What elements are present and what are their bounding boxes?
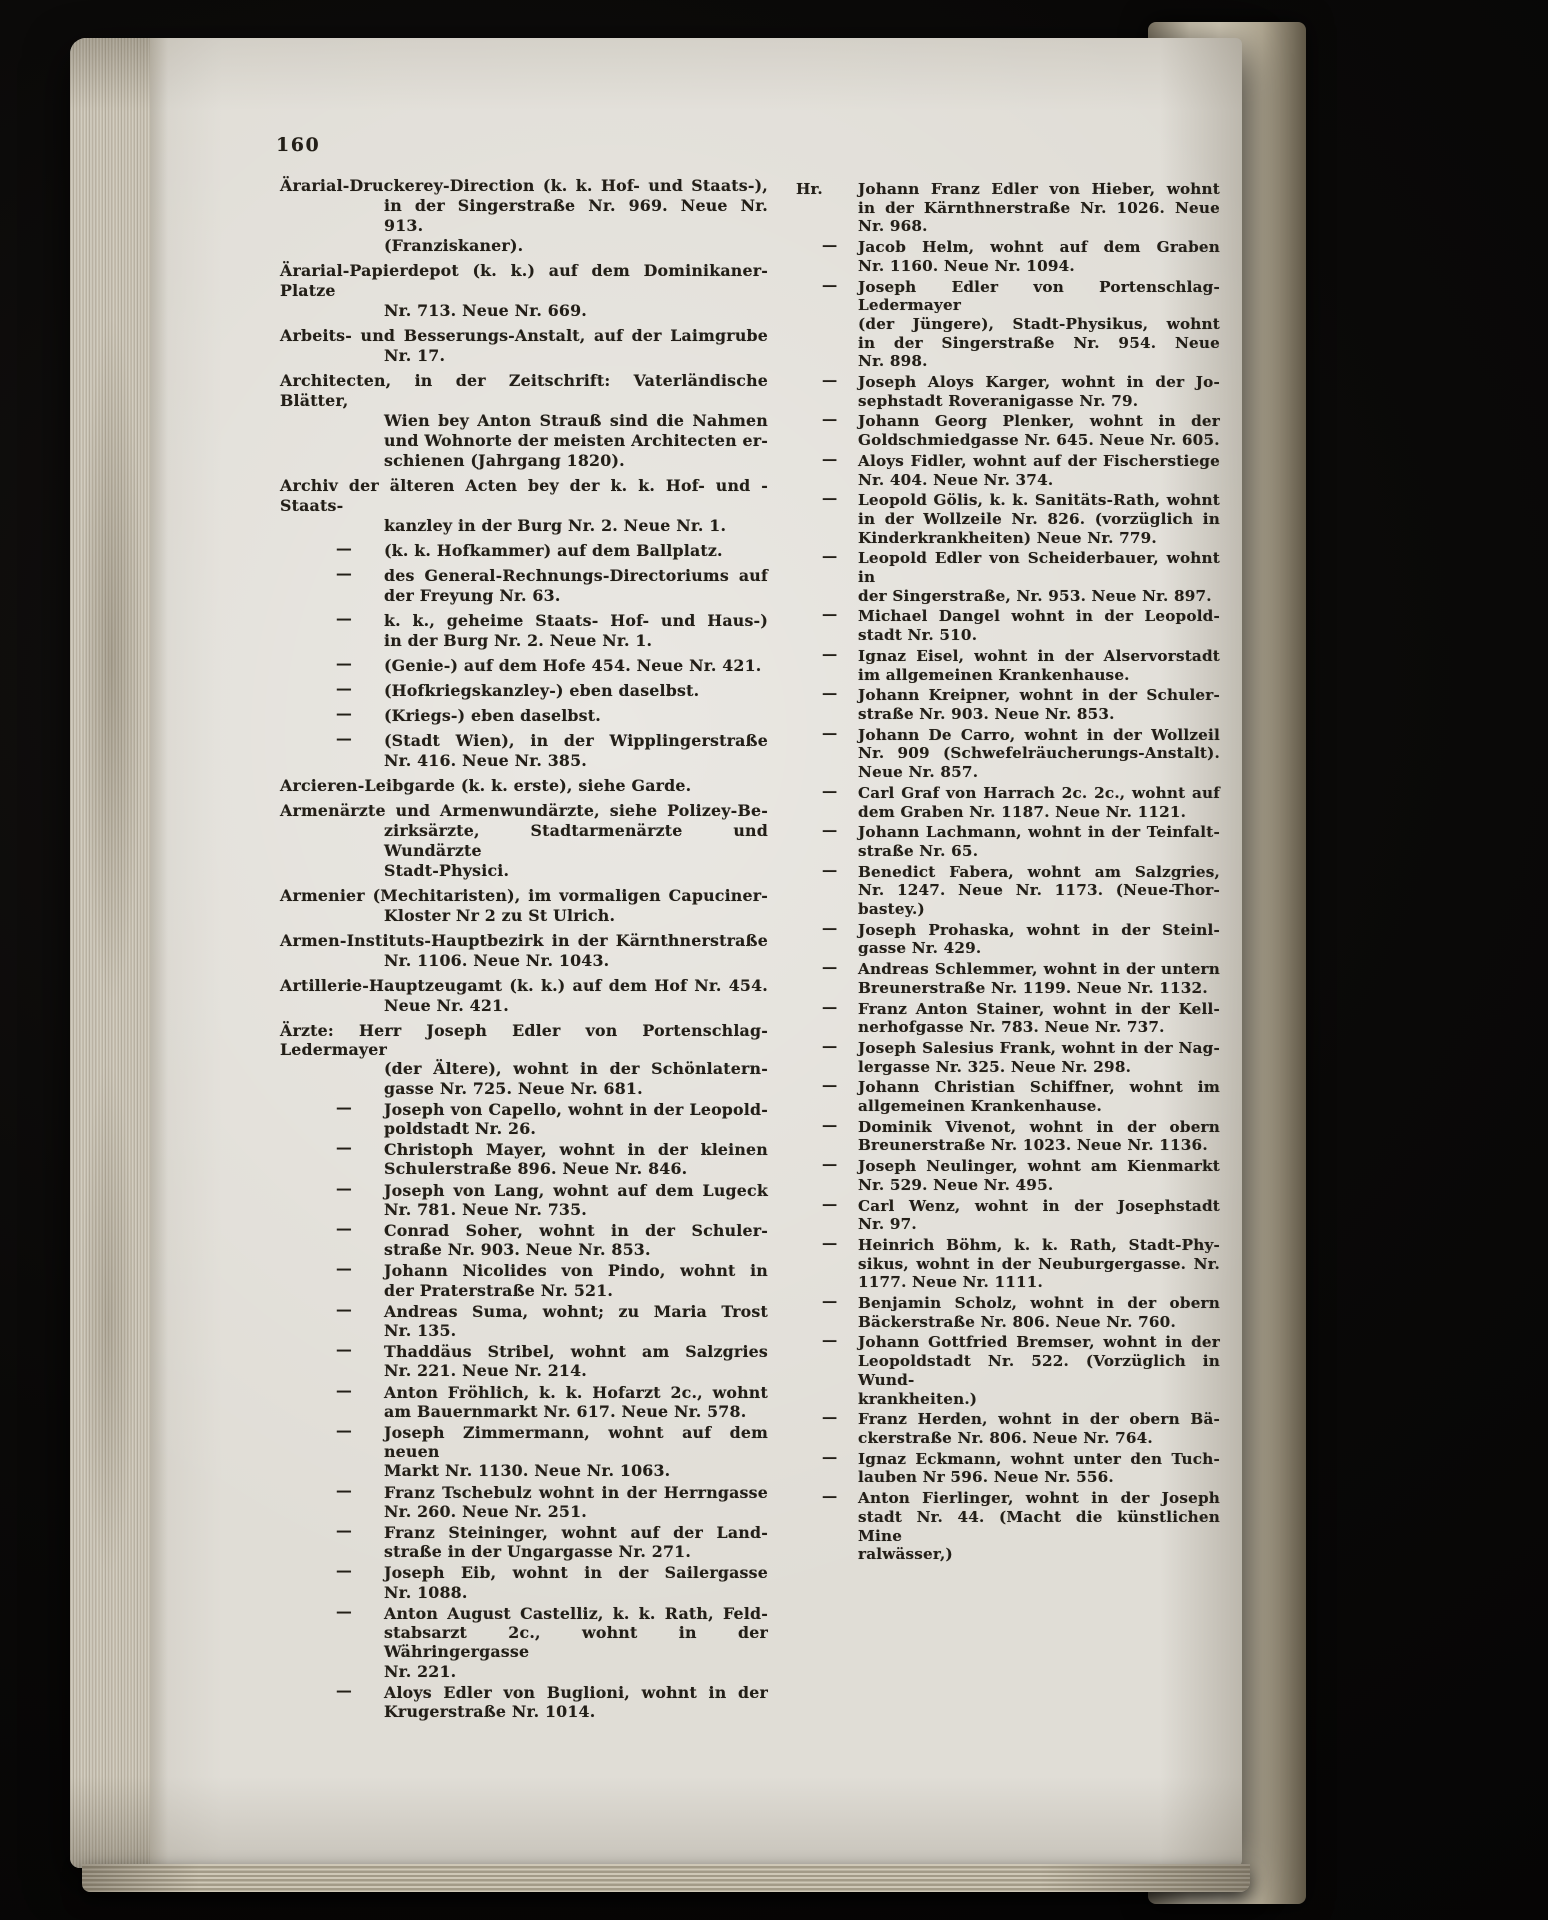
- entry-line: Wien bey Anton Strauß sind die Nahmen: [384, 411, 768, 431]
- directory-entry: —Andreas Schlemmer, wohnt in der unternB…: [796, 960, 1220, 997]
- ditto-dash-icon: —: [822, 605, 837, 623]
- entry-line: Aloys Edler von Buglioni, wohnt in der: [384, 1683, 768, 1702]
- ditto-dash-icon: —: [822, 410, 837, 428]
- ditto-dash-icon: —: [822, 489, 837, 507]
- ditto-dash-icon: —: [336, 1300, 352, 1319]
- entry-line: Neue Nr. 857.: [858, 763, 1220, 782]
- entry-line: Carl Wenz, wohnt in der Josephstadt: [858, 1197, 1220, 1216]
- directory-column-right: Hr.Johann Franz Edler von Hieber, wohnti…: [796, 180, 1220, 1566]
- entry-line: der Singerstraße, Nr. 953. Neue Nr. 897.: [858, 587, 1220, 606]
- entry-line: Schulerstraße 896. Neue Nr. 846.: [384, 1159, 768, 1178]
- ditto-dash-icon: —: [822, 821, 837, 839]
- directory-entry: —Joseph Aloys Karger, wohnt in der Jo-se…: [796, 373, 1220, 410]
- entry-line: Benedict Fabera, wohnt am Salzgries,: [858, 863, 1220, 882]
- ditto-dash-icon: —: [336, 1138, 352, 1157]
- entry-line: Benjamin Scholz, wohnt in der obern: [858, 1294, 1220, 1313]
- directory-entry: —Joseph Eib, wohnt in der SailergasseNr.…: [280, 1563, 768, 1601]
- entry-line: Thaddäus Stribel, wohnt am Salzgries: [384, 1342, 768, 1361]
- directory-entry: —Anton Fröhlich, k. k. Hofarzt 2c., wohn…: [280, 1383, 768, 1421]
- entry-line: Kloster Nr 2 zu St Ulrich.: [384, 906, 768, 926]
- directory-entry: —Franz Anton Stainer, wohnt in der Kell-…: [796, 1000, 1220, 1037]
- directory-entry: Ärzte: Herr Joseph Edler von Portenschla…: [280, 1021, 768, 1098]
- entry-line: Archiv der älteren Acten bey der k. k. H…: [280, 476, 768, 516]
- entry-line: Nr. 529. Neue Nr. 495.: [858, 1176, 1220, 1195]
- entry-line: Leopold Gölis, k. k. Sanitäts-Rath, wohn…: [858, 491, 1220, 510]
- entry-line: (der Jüngere), Stadt-Physikus, wohnt: [858, 315, 1220, 334]
- entry-line: des General-Rechnungs-Directoriums auf: [384, 566, 768, 586]
- entry-line: Nr. 135.: [384, 1321, 768, 1340]
- directory-entry: —Leopold Edler von Scheiderbauer, wohnt …: [796, 549, 1220, 605]
- ditto-dash-icon: —: [336, 609, 352, 628]
- book-fore-edge: [70, 38, 150, 1868]
- ditto-dash-icon: —: [336, 1381, 352, 1400]
- ditto-dash-icon: —: [336, 679, 352, 698]
- ditto-dash-icon: —: [336, 704, 352, 723]
- directory-entry: —Joseph von Lang, wohnt auf dem LugeckNr…: [280, 1181, 768, 1219]
- entry-line: (Stadt Wien), in der Wipplingerstraße: [384, 731, 768, 751]
- directory-entry: Armenärzte und Armenwundärzte, siehe Pol…: [280, 801, 768, 881]
- directory-entry: —Joseph Salesius Frank, wohnt in der Nag…: [796, 1039, 1220, 1076]
- directory-entry: —Carl Graf von Harrach 2c. 2c., wohnt au…: [796, 784, 1220, 821]
- entry-line: Leopold Edler von Scheiderbauer, wohnt i…: [858, 549, 1220, 586]
- entry-line: Leopoldstadt Nr. 522. (Vorzüglich in Wun…: [858, 1352, 1220, 1389]
- directory-entry: —Aloys Fidler, wohnt auf der Fischerstie…: [796, 452, 1220, 489]
- entry-line: Anton Fierlinger, wohnt in der Joseph: [858, 1489, 1220, 1508]
- entry-line: in der Singerstraße Nr. 954. Neue: [858, 334, 1220, 353]
- entry-line: Johann Georg Plenker, wohnt in der: [858, 412, 1220, 431]
- entry-line: Ärarial-Druckerey-Direction (k. k. Hof- …: [280, 176, 768, 196]
- entry-line: Neue Nr. 421.: [384, 996, 768, 1016]
- entry-line: in der Burg Nr. 2. Neue Nr. 1.: [384, 631, 768, 651]
- entry-line: straße Nr. 903. Neue Nr. 853.: [384, 1240, 768, 1259]
- directory-entry: —Johann Georg Plenker, wohnt in derGolds…: [796, 412, 1220, 449]
- entry-line: (der Ältere), wohnt in der Schönlatern-: [384, 1059, 768, 1078]
- entry-line: Arbeits- und Besserungs-Anstalt, auf der…: [280, 326, 768, 346]
- entry-line: Breunerstraße Nr. 1023. Neue Nr. 1136.: [858, 1136, 1220, 1155]
- directory-entry: —des General-Rechnungs-Directoriums aufd…: [280, 566, 768, 606]
- directory-entry: —Jacob Helm, wohnt auf dem GrabenNr. 116…: [796, 238, 1220, 275]
- directory-entry: Archiv der älteren Acten bey der k. k. H…: [280, 476, 768, 536]
- entry-line: gasse Nr. 725. Neue Nr. 681.: [384, 1079, 768, 1098]
- directory-entry: Ärarial-Papierdepot (k. k.) auf dem Domi…: [280, 261, 768, 321]
- entry-line: Nr. 221.: [384, 1662, 768, 1681]
- ditto-dash-icon: —: [822, 998, 837, 1016]
- ditto-dash-icon: —: [822, 1331, 837, 1349]
- ditto-dash-icon: —: [336, 1561, 352, 1580]
- entry-line: Armenier (Mechitaristen), im vormaligen …: [280, 886, 768, 906]
- ditto-dash-icon: —: [822, 1292, 837, 1310]
- entry-line: Johann Gottfried Bremser, wohnt in der: [858, 1333, 1220, 1352]
- entry-line: in der Singerstraße Nr. 969. Neue Nr. 91…: [384, 196, 768, 236]
- directory-entry: —Thaddäus Stribel, wohnt am SalzgriesNr.…: [280, 1342, 768, 1380]
- entry-line: Christoph Mayer, wohnt in der kleinen: [384, 1140, 768, 1159]
- entry-line: schienen (Jahrgang 1820).: [384, 451, 768, 471]
- entry-line: Architecten, in der Zeitschrift: Vaterlä…: [280, 371, 768, 411]
- entry-line: Nr. 404. Neue Nr. 374.: [858, 471, 1220, 490]
- entry-line: Aloys Fidler, wohnt auf der Fischerstieg…: [858, 452, 1220, 471]
- directory-entry: —Christoph Mayer, wohnt in der kleinenSc…: [280, 1140, 768, 1178]
- entry-line: Heinrich Böhm, k. k. Rath, Stadt-Phy-: [858, 1236, 1220, 1255]
- ditto-dash-icon: —: [336, 1340, 352, 1359]
- directory-section-aerzte-continued: Hr.Johann Franz Edler von Hieber, wohnti…: [796, 180, 1220, 1564]
- entry-line: Nr. 221. Neue Nr. 214.: [384, 1361, 768, 1380]
- entry-line: Stadt-Physici.: [384, 861, 768, 881]
- ditto-dash-icon: —: [336, 1681, 352, 1700]
- ditto-dash-icon: —: [822, 236, 837, 254]
- entry-line: Arcieren-Leibgarde (k. k. erste), siehe …: [280, 776, 768, 796]
- directory-entry: —Michael Dangel wohnt in der Leopold-sta…: [796, 607, 1220, 644]
- entry-line: Nr. 781. Neue Nr. 735.: [384, 1200, 768, 1219]
- directory-entry: —Ignaz Eckmann, wohnt unter den Tuch-lau…: [796, 1450, 1220, 1487]
- entry-line: kanzley in der Burg Nr. 2. Neue Nr. 1.: [384, 516, 768, 536]
- ditto-dash-icon: —: [822, 684, 837, 702]
- directory-column-left: Ärarial-Druckerey-Direction (k. k. Hof- …: [280, 176, 768, 1723]
- entry-line: gasse Nr. 429.: [858, 939, 1220, 958]
- directory-entry: —Johann Kreipner, wohnt in der Schuler-s…: [796, 686, 1220, 723]
- ditto-dash-icon: —: [822, 371, 837, 389]
- ditto-dash-icon: —: [822, 782, 837, 800]
- page-number: 160: [276, 134, 320, 156]
- entry-line: Krugerstraße Nr. 1014.: [384, 1702, 768, 1721]
- directory-section-a-entries: Ärarial-Druckerey-Direction (k. k. Hof- …: [280, 176, 768, 1016]
- honorific-abbrev: Hr.: [796, 180, 823, 198]
- ditto-dash-icon: —: [336, 1521, 352, 1540]
- entry-line: Markt Nr. 1130. Neue Nr. 1063.: [384, 1461, 768, 1480]
- entry-line: Andreas Schlemmer, wohnt in der untern: [858, 960, 1220, 979]
- entry-line: bastey.): [858, 900, 1220, 919]
- entry-line: Kinderkrankheiten) Neue Nr. 779.: [858, 529, 1220, 548]
- entry-line: Andreas Suma, wohnt; zu Maria Trost: [384, 1302, 768, 1321]
- directory-entry: —Heinrich Böhm, k. k. Rath, Stadt-Phy-si…: [796, 1236, 1220, 1292]
- directory-entry: —Andreas Suma, wohnt; zu Maria TrostNr. …: [280, 1302, 768, 1340]
- entry-line: Breunerstraße Nr. 1199. Neue Nr. 1132.: [858, 979, 1220, 998]
- ditto-dash-icon: —: [822, 450, 837, 468]
- entry-line: Armenärzte und Armenwundärzte, siehe Pol…: [280, 801, 768, 821]
- directory-entry: —(Hofkriegskanzley-) eben daselbst.: [280, 681, 768, 701]
- ditto-dash-icon: —: [822, 276, 837, 294]
- entry-line: sephstadt Roveranigasse Nr. 79.: [858, 392, 1220, 411]
- entry-line: Nr. 1106. Neue Nr. 1043.: [384, 951, 768, 971]
- ditto-dash-icon: —: [822, 861, 837, 879]
- directory-entry: Artillerie-Hauptzeugamt (k. k.) auf dem …: [280, 976, 768, 1016]
- entry-line: (Genie-) auf dem Hofe 454. Neue Nr. 421.: [384, 656, 768, 676]
- entry-line: Jacob Helm, wohnt auf dem Graben: [858, 238, 1220, 257]
- directory-entry: —Johann Nicolides von Pindo, wohnt inder…: [280, 1261, 768, 1299]
- entry-line: krankheiten.): [858, 1390, 1220, 1409]
- directory-entry: —Joseph Neulinger, wohnt am KienmarktNr.…: [796, 1157, 1220, 1194]
- entry-line: Nr. 1160. Neue Nr. 1094.: [858, 257, 1220, 276]
- entry-line: am Bauernmarkt Nr. 617. Neue Nr. 578.: [384, 1402, 768, 1421]
- entry-line: Ärarial-Papierdepot (k. k.) auf dem Domi…: [280, 261, 768, 301]
- entry-line: Franz Tschebulz wohnt in der Herrngasse: [384, 1483, 768, 1502]
- entry-line: Armen-Instituts-Hauptbezirk in der Kärnt…: [280, 931, 768, 951]
- entry-line: Nr. 97.: [858, 1215, 1220, 1234]
- entry-line: nerhofgasse Nr. 783. Neue Nr. 737.: [858, 1018, 1220, 1037]
- directory-entry: Architecten, in der Zeitschrift: Vaterlä…: [280, 371, 768, 471]
- entry-line: Nr. 968.: [858, 217, 1220, 236]
- directory-entry: —(k. k. Hofkammer) auf dem Ballplatz.: [280, 541, 768, 561]
- directory-entry: —Joseph Zimmermann, wohnt auf dem neuenM…: [280, 1423, 768, 1481]
- entry-line: Franz Anton Stainer, wohnt in der Kell-: [858, 1000, 1220, 1019]
- ditto-dash-icon: —: [822, 1408, 837, 1426]
- entry-line: (k. k. Hofkammer) auf dem Ballplatz.: [384, 541, 768, 561]
- entry-line: Joseph von Capello, wohnt in der Leopold…: [384, 1100, 768, 1119]
- ditto-dash-icon: —: [336, 654, 352, 673]
- directory-entry: Arbeits- und Besserungs-Anstalt, auf der…: [280, 326, 768, 366]
- entry-line: Johann De Carro, wohnt in der Wollzeil: [858, 726, 1220, 745]
- directory-entry: —(Stadt Wien), in der WipplingerstraßeNr…: [280, 731, 768, 771]
- ditto-dash-icon: —: [336, 1481, 352, 1500]
- directory-entry: —k. k., geheime Staats- Hof- und Haus-)i…: [280, 611, 768, 651]
- entry-line: Joseph Prohaska, wohnt in der Steinl-: [858, 921, 1220, 940]
- directory-entry: —Aloys Edler von Buglioni, wohnt in derK…: [280, 1683, 768, 1721]
- scanned-book-photo: 160 Ärarial-Druckerey-Direction (k. k. H…: [0, 0, 1548, 1920]
- directory-entry: —Conrad Soher, wohnt in der Schuler-stra…: [280, 1221, 768, 1259]
- ditto-dash-icon: —: [336, 564, 352, 583]
- entry-line: sikus, wohnt in der Neuburgergasse. Nr.: [858, 1255, 1220, 1274]
- directory-entry: —Franz Steininger, wohnt auf der Land-st…: [280, 1523, 768, 1561]
- entry-line: Franz Steininger, wohnt auf der Land-: [384, 1523, 768, 1542]
- entry-line: stadt Nr. 510.: [858, 626, 1220, 645]
- ditto-dash-icon: —: [336, 1219, 352, 1238]
- entry-line: Franz Herden, wohnt in der obern Bä-: [858, 1410, 1220, 1429]
- directory-entry: —Carl Wenz, wohnt in der JosephstadtNr. …: [796, 1197, 1220, 1234]
- ditto-dash-icon: —: [822, 1195, 837, 1213]
- ditto-dash-icon: —: [822, 1234, 837, 1252]
- entry-line: Anton August Castelliz, k. k. Rath, Feld…: [384, 1604, 768, 1623]
- entry-line: Michael Dangel wohnt in der Leopold-: [858, 607, 1220, 626]
- ditto-dash-icon: —: [336, 1259, 352, 1278]
- ditto-dash-icon: —: [822, 1037, 837, 1055]
- entry-line: Joseph Eib, wohnt in der Sailergasse: [384, 1563, 768, 1582]
- entry-line: k. k., geheime Staats- Hof- und Haus-): [384, 611, 768, 631]
- directory-entry: —Johann Christian Schiffner, wohnt imall…: [796, 1078, 1220, 1115]
- entry-line: in der Kärnthnerstraße Nr. 1026. Neue: [858, 199, 1220, 218]
- entry-line: Conrad Soher, wohnt in der Schuler-: [384, 1221, 768, 1240]
- entry-line: Nr. 898.: [858, 352, 1220, 371]
- directory-entry: —Johann Gottfried Bremser, wohnt in derL…: [796, 1333, 1220, 1408]
- entry-line: Johann Kreipner, wohnt in der Schuler-: [858, 686, 1220, 705]
- entry-line: Goldschmiedgasse Nr. 645. Neue Nr. 605.: [858, 431, 1220, 450]
- ditto-dash-icon: —: [822, 958, 837, 976]
- entry-line: Ärzte: Herr Joseph Edler von Portenschla…: [280, 1021, 768, 1059]
- directory-entry: —Leopold Gölis, k. k. Sanitäts-Rath, woh…: [796, 491, 1220, 547]
- ditto-dash-icon: —: [822, 1155, 837, 1173]
- entry-line: Dominik Vivenot, wohnt in der obern: [858, 1118, 1220, 1137]
- directory-entry: Ärarial-Druckerey-Direction (k. k. Hof- …: [280, 176, 768, 256]
- entry-line: Artillerie-Hauptzeugamt (k. k.) auf dem …: [280, 976, 768, 996]
- fore-edge-shadow: [150, 38, 168, 1868]
- directory-entry: —Joseph Prohaska, wohnt in der Steinl-ga…: [796, 921, 1220, 958]
- ditto-dash-icon: —: [822, 724, 837, 742]
- directory-entry: —Johann De Carro, wohnt in der WollzeilN…: [796, 726, 1220, 782]
- entry-line: (Franziskaner).: [384, 236, 768, 256]
- entry-line: straße Nr. 903. Neue Nr. 853.: [858, 705, 1220, 724]
- entry-line: Ignaz Eisel, wohnt in der Alservorstadt: [858, 647, 1220, 666]
- entry-line: Nr. 17.: [384, 346, 768, 366]
- directory-entry: —Joseph Edler von Portenschlag-Ledermaye…: [796, 278, 1220, 372]
- entry-line: Joseph Zimmermann, wohnt auf dem neuen: [384, 1423, 768, 1461]
- directory-entry: Arcieren-Leibgarde (k. k. erste), siehe …: [280, 776, 768, 796]
- entry-line: 1177. Neue Nr. 1111.: [858, 1273, 1220, 1292]
- directory-entry: —Anton August Castelliz, k. k. Rath, Fel…: [280, 1604, 768, 1681]
- entry-line: lergasse Nr. 325. Neue Nr. 298.: [858, 1058, 1220, 1077]
- entry-line: Ignaz Eckmann, wohnt unter den Tuch-: [858, 1450, 1220, 1469]
- directory-entry: Armenier (Mechitaristen), im vormaligen …: [280, 886, 768, 926]
- ditto-dash-icon: —: [822, 1448, 837, 1466]
- directory-entry: —Johann Lachmann, wohnt in der Teinfalt-…: [796, 823, 1220, 860]
- directory-section-aerzte-list: Ärzte: Herr Joseph Edler von Portenschla…: [280, 1021, 768, 1721]
- ditto-dash-icon: —: [336, 1602, 352, 1621]
- directory-entry: —Anton Fierlinger, wohnt in der Josephst…: [796, 1489, 1220, 1564]
- entry-line: lauben Nr 596. Neue Nr. 556.: [858, 1468, 1220, 1487]
- directory-entry: —(Kriegs-) eben daselbst.: [280, 706, 768, 726]
- entry-line: in der Wollzeile Nr. 826. (vorzüglich in: [858, 510, 1220, 529]
- entry-line: Nr. 416. Neue Nr. 385.: [384, 751, 768, 771]
- ditto-dash-icon: —: [336, 539, 352, 558]
- entry-line: Joseph von Lang, wohnt auf dem Lugeck: [384, 1181, 768, 1200]
- entry-line: dem Graben Nr. 1187. Neue Nr. 1121.: [858, 803, 1220, 822]
- entry-line: zirksärzte, Stadtarmenärzte und Wundärzt…: [384, 821, 768, 861]
- entry-line: straße Nr. 65.: [858, 842, 1220, 861]
- directory-entry: —Joseph von Capello, wohnt in der Leopol…: [280, 1100, 768, 1138]
- entry-line: Anton Fröhlich, k. k. Hofarzt 2c., wohnt: [384, 1383, 768, 1402]
- entry-line: poldstadt Nr. 26.: [384, 1119, 768, 1138]
- ditto-dash-icon: —: [822, 1076, 837, 1094]
- entry-line: straße in der Ungargasse Nr. 271.: [384, 1542, 768, 1561]
- entry-line: ralwässer,): [858, 1545, 1220, 1564]
- entry-line: im allgemeinen Krankenhause.: [858, 666, 1220, 685]
- directory-entry: —Ignaz Eisel, wohnt in der Alservorstadt…: [796, 647, 1220, 684]
- page-stack-bottom-edge: [82, 1864, 1250, 1892]
- book-page: 160 Ärarial-Druckerey-Direction (k. k. H…: [70, 38, 1242, 1868]
- ditto-dash-icon: —: [822, 1487, 837, 1505]
- ditto-dash-icon: —: [822, 547, 837, 565]
- ditto-dash-icon: —: [822, 1116, 837, 1134]
- ditto-dash-icon: —: [336, 1421, 352, 1440]
- directory-entry: —(Genie-) auf dem Hofe 454. Neue Nr. 421…: [280, 656, 768, 676]
- entry-line: Nr. 909 (Schwefelräucherungs-Anstalt).: [858, 744, 1220, 763]
- entry-line: Nr. 1088.: [384, 1583, 768, 1602]
- ditto-dash-icon: —: [822, 645, 837, 663]
- directory-entry: Armen-Instituts-Hauptbezirk in der Kärnt…: [280, 931, 768, 971]
- entry-line: der Praterstraße Nr. 521.: [384, 1281, 768, 1300]
- entry-line: Bäckerstraße Nr. 806. Neue Nr. 760.: [858, 1313, 1220, 1332]
- ditto-dash-icon: —: [822, 919, 837, 937]
- ditto-dash-icon: —: [336, 1098, 352, 1117]
- directory-entry: —Benedict Fabera, wohnt am Salzgries,Nr.…: [796, 863, 1220, 919]
- entry-line: Carl Graf von Harrach 2c. 2c., wohnt auf: [858, 784, 1220, 803]
- entry-line: ckerstraße Nr. 806. Neue Nr. 764.: [858, 1429, 1220, 1448]
- entry-line: Joseph Aloys Karger, wohnt in der Jo-: [858, 373, 1220, 392]
- directory-entry: —Benjamin Scholz, wohnt in der obernBäck…: [796, 1294, 1220, 1331]
- entry-line: Johann Lachmann, wohnt in der Teinfalt-: [858, 823, 1220, 842]
- entry-line: allgemeinen Krankenhause.: [858, 1097, 1220, 1116]
- ditto-dash-icon: —: [336, 729, 352, 748]
- entry-line: Joseph Edler von Portenschlag-Ledermayer: [858, 278, 1220, 315]
- directory-entry: Hr.Johann Franz Edler von Hieber, wohnti…: [796, 180, 1220, 236]
- entry-line: Johann Christian Schiffner, wohnt im: [858, 1078, 1220, 1097]
- entry-line: (Kriegs-) eben daselbst.: [384, 706, 768, 726]
- directory-entry: —Dominik Vivenot, wohnt in der obernBreu…: [796, 1118, 1220, 1155]
- directory-entry: —Franz Tschebulz wohnt in der Herrngasse…: [280, 1483, 768, 1521]
- directory-entry: —Franz Herden, wohnt in der obern Bä-cke…: [796, 1410, 1220, 1447]
- entry-line: Joseph Neulinger, wohnt am Kienmarkt: [858, 1157, 1220, 1176]
- entry-line: stabsarzt 2c., wohnt in der Währingergas…: [384, 1623, 768, 1661]
- entry-line: Johann Franz Edler von Hieber, wohnt: [858, 180, 1220, 199]
- entry-line: Nr. 260. Neue Nr. 251.: [384, 1502, 768, 1521]
- entry-line: und Wohnorte der meisten Architecten er-: [384, 431, 768, 451]
- entry-line: Nr. 1247. Neue Nr. 1173. (Neue-Thor-: [858, 881, 1220, 900]
- entry-line: Johann Nicolides von Pindo, wohnt in: [384, 1261, 768, 1280]
- entry-line: Joseph Salesius Frank, wohnt in der Nag-: [858, 1039, 1220, 1058]
- entry-line: (Hofkriegskanzley-) eben daselbst.: [384, 681, 768, 701]
- entry-line: der Freyung Nr. 63.: [384, 586, 768, 606]
- entry-line: Nr. 713. Neue Nr. 669.: [384, 301, 768, 321]
- entry-line: stadt Nr. 44. (Macht die künstlichen Min…: [858, 1508, 1220, 1545]
- ditto-dash-icon: —: [336, 1179, 352, 1198]
